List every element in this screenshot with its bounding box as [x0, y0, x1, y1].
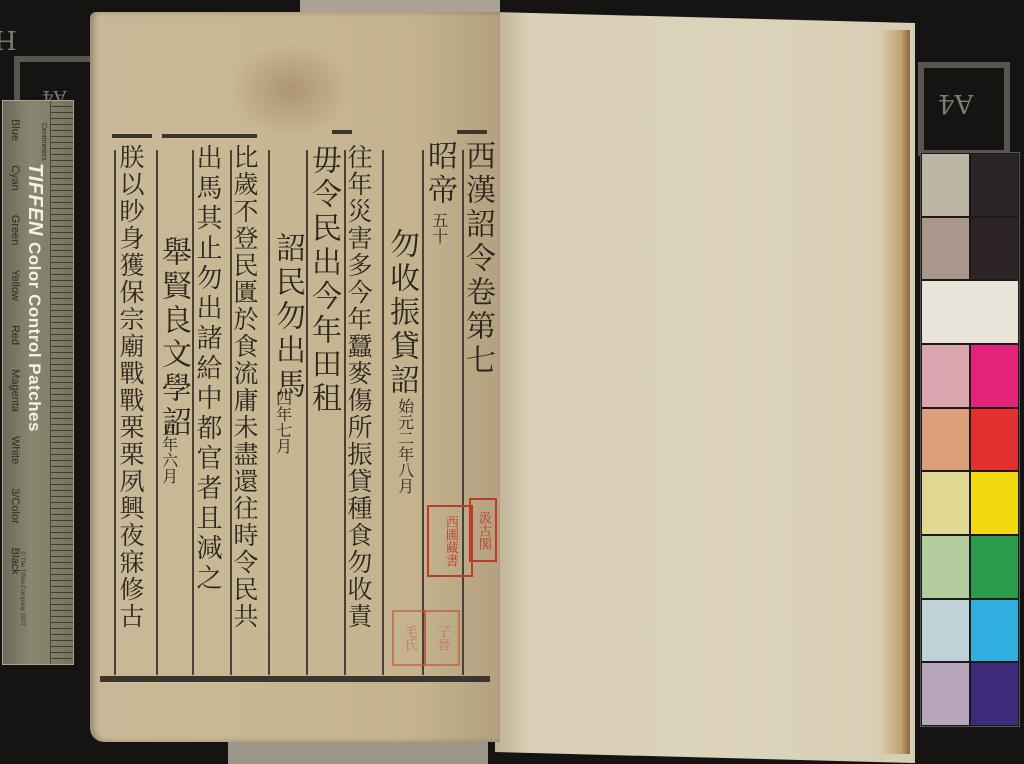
color-patch-9-right	[970, 662, 1019, 726]
edict1-title: 勿收振貸詔	[386, 228, 416, 398]
ruler-units-label: Centimeters	[40, 123, 47, 161]
label-magenta: Magenta	[9, 369, 21, 412]
label-blue: Blue	[9, 119, 21, 141]
color-patch-4-right	[970, 344, 1019, 408]
top-rule-1	[112, 134, 152, 138]
tiffen-color-ruler: Centimeters Blue Cyan Green Yellow Red M…	[2, 100, 74, 665]
printed-text-block: 西漢詔令卷第七 昭帝 五十 勿收振貸詔 始元二年八月 往年災害多今年蠶麥傷所振貸…	[112, 140, 492, 680]
label-cyan: Cyan	[9, 165, 21, 191]
seal-collector-1: 西圃藏書	[427, 505, 473, 577]
ruler-copyright: © The Tiffen Company 2007	[19, 551, 25, 626]
seal-collector-3: 毛氏	[392, 610, 426, 666]
book-title-column: 西漢詔令卷第七	[462, 140, 492, 378]
color-patch-3-full	[921, 280, 1019, 344]
tiffen-logo: TIFFEN	[24, 163, 46, 236]
ruler-brand: TIFFENColor Control Patches	[23, 163, 46, 432]
ruler-color-labels: Blue Cyan Green Yellow Red Magenta White…	[9, 119, 21, 596]
color-patch-5-left	[921, 408, 970, 472]
label-yellow: Yellow	[9, 269, 21, 300]
water-stain	[230, 42, 350, 137]
color-patch-6-left	[921, 471, 970, 535]
top-rule-2	[162, 134, 257, 138]
edict2-body-2: 出馬其止勿出諸給中都官者且減之	[194, 144, 220, 594]
color-patch-7-right	[970, 535, 1019, 599]
color-calibration-chart	[920, 152, 1020, 727]
color-patch-1-left	[921, 153, 970, 217]
color-patch-2-left	[921, 217, 970, 281]
edict3-body: 朕以眇身獲保宗廟戰戰栗栗夙興夜寐修古	[118, 144, 143, 630]
edict1-end: 毋令民出今年田租	[308, 144, 338, 416]
book-right-page-blank	[495, 12, 915, 763]
color-patch-8-right	[970, 599, 1019, 663]
seal-collector-2: 汲古閣	[469, 498, 497, 562]
label-white: White	[9, 436, 21, 464]
background-label-a4-right: A4	[938, 88, 973, 118]
label-3color: 3/Color	[9, 488, 21, 523]
label-red: Red	[9, 325, 21, 345]
color-patch-7-left	[921, 535, 970, 599]
label-green: Green	[9, 215, 21, 246]
edict1-body: 往年災害多今年蠶麥傷所振貸種食勿收責	[346, 144, 371, 630]
edict3-date: 五年六月	[160, 420, 178, 484]
color-patch-1-right	[970, 153, 1019, 217]
column-divider	[268, 150, 270, 675]
seal-collector-4: 子晉	[424, 610, 460, 666]
ruler-title: Color Control Patches	[25, 242, 44, 432]
background-label-left: H	[0, 24, 17, 54]
ruler-scale	[50, 101, 73, 664]
emperor-heading: 昭帝	[424, 140, 454, 208]
bottom-paper-tab	[228, 742, 488, 764]
column-divider	[422, 150, 424, 675]
book-page-edge	[880, 30, 910, 754]
edict2-body-1: 比歲不登民匱於食流庸未盡還往時令民共	[232, 144, 257, 630]
color-patch-4-left	[921, 344, 970, 408]
top-rule-3	[332, 130, 352, 134]
top-rule-4	[457, 130, 487, 134]
edict1-date: 始元二年八月	[396, 398, 414, 494]
color-patch-6-right	[970, 471, 1019, 535]
top-paper-tab	[300, 0, 500, 12]
emperor-note: 五十	[430, 212, 448, 244]
color-patch-8-left	[921, 599, 970, 663]
color-patch-9-left	[921, 662, 970, 726]
edict2-date: 四年七月	[274, 390, 292, 454]
bottom-border-rule	[100, 676, 490, 682]
edict2-title: 詔民勿出馬	[272, 232, 302, 402]
edict3-title: 舉賢良文學詔	[158, 236, 188, 440]
color-patch-2-right	[970, 217, 1019, 281]
color-patch-5-right	[970, 408, 1019, 472]
